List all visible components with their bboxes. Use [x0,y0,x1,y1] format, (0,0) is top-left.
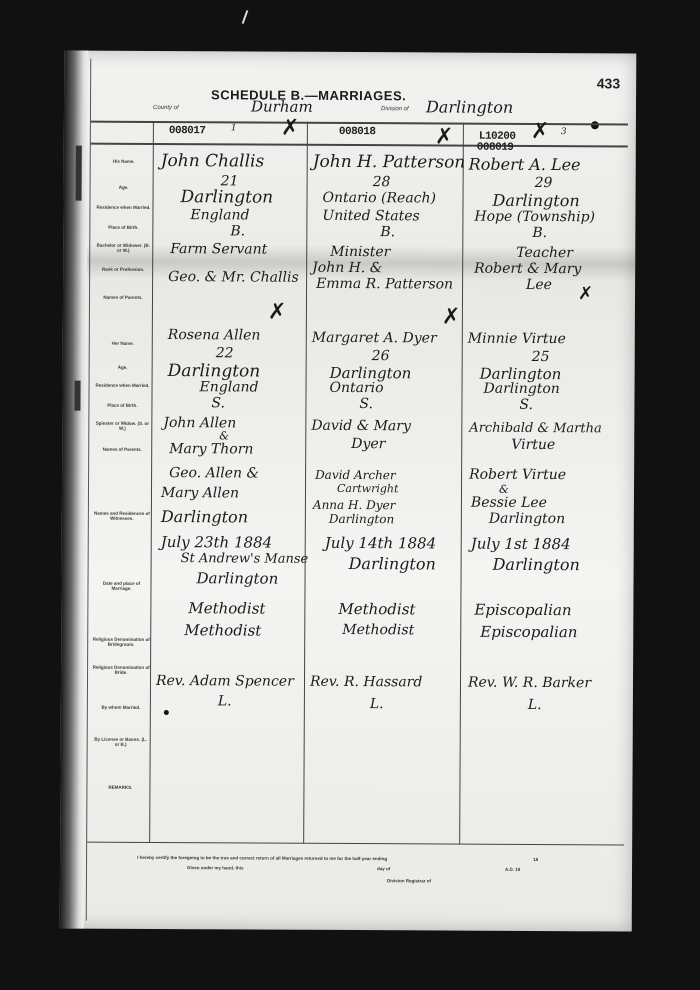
x-mark-icon: ✗ [268,300,287,325]
bride-birthplace: Darlington [483,381,559,397]
label-birthplace-bride: Place of Birth. [93,403,151,408]
label-parents-bride: Names of Parents. [93,447,151,452]
binding-stamp [74,381,80,411]
label-remarks: REMARKS. [91,785,149,790]
marriage-place: Darlington [349,554,436,573]
page-binding [60,51,89,929]
register-grid: 008017 1 ✗ 008018 ✗ L10200 008019 ✗ 3 Hi… [87,121,628,846]
groom-age: 28 [373,174,391,190]
bride-name: Margaret A. Dyer [312,330,437,347]
officiant: Rev. R. Hassard [310,674,422,691]
license-type: L. [218,693,232,709]
groom-residence: Darlington [180,187,273,207]
marriage-place-2: Darlington [196,569,278,587]
groom-residence: Darlington [492,191,579,210]
ink-dot [164,710,169,715]
groom-parents: Geo. & Mr. Challis [168,269,299,286]
county-value: Durham [251,97,313,115]
witness-2: Mary Allen [161,485,239,501]
witness-2: Bessie Lee [471,495,547,511]
groom-parents-1: John H. & [312,260,382,276]
groom-birthplace: England [190,207,249,223]
witness-3: Anna H. Dyer [313,498,396,512]
groom-status: B. [532,225,547,241]
col-divider-2 [459,123,464,845]
marriage-place: Darlington [493,555,580,574]
col-divider-1 [303,122,308,844]
x-mark-icon: ✗ [435,124,454,149]
groom-name: John Challis [161,151,265,172]
groom-name: Robert A. Lee [469,155,581,175]
witness-1: David Archer [315,468,396,482]
marriage-date: July 1st 1884 [471,535,571,554]
groom-profession: Farm Servant [170,241,267,258]
bride-age: 26 [372,348,390,364]
label-religion-bride: Religious Denomination of Bride. [92,665,150,675]
bride-status: S. [359,396,373,412]
label-status-bride: Spinster or Widow. (S. or W.) [93,421,151,431]
marriage-place-1: St Andrew's Manse [181,551,309,567]
page-number: 433 [597,75,620,91]
form-area: 433 SCHEDULE B.—MARRIAGES. County of Dur… [86,59,629,924]
marriage-date: July 23th 1884 [161,533,273,552]
bride-name: Rosena Allen [168,327,261,343]
groom-parents-1: Robert & Mary [474,261,581,278]
religion-groom: Methodist [338,600,415,618]
bride-parents-2: Dyer [351,436,385,452]
label-her-name: Her Name. [94,341,152,346]
license-type: L. [370,696,384,712]
certification-footer: I hereby certify the foregoing to be the… [87,842,624,924]
groom-profession: Minister [330,244,390,260]
witness-1: Robert Virtue [469,467,566,484]
groom-parents-2: Lee [526,277,552,293]
label-by-whom: By whom Married. [92,705,150,710]
witness-2: Cartwright [337,482,398,495]
religion-bride: Episcopalian [480,623,577,642]
label-residence-bride: Residence when Married. [94,383,152,388]
groom-age: 29 [535,175,553,191]
register-page: 433 SCHEDULE B.—MARRIAGES. County of Dur… [60,51,637,932]
reg-number-3: 008019 [477,142,514,154]
bride-name: Minnie Virtue [468,331,566,348]
label-status-groom: Bachelor or Widower. (B. or W.) [94,243,152,253]
officiant: Rev. W. R. Barker [468,675,591,692]
bride-status: S. [519,397,533,413]
marriage-date: July 14th 1884 [325,534,437,553]
groom-status: B. [380,224,395,240]
bride-parents-2: Virtue [511,437,555,453]
x-mark-icon: ✗ [281,116,300,141]
reg-number-2: 008018 [339,126,376,138]
given-under-text: Given under my hand, this [187,865,244,870]
label-witnesses: Names and Residences of Witnesses. [93,511,151,521]
groom-status: B. [230,223,245,239]
groom-profession: Teacher [516,245,573,261]
x-mark-icon: ✗ [531,119,550,144]
license-type: L. [528,697,542,713]
film-scratch [242,10,249,24]
religion-groom: Episcopalian [474,601,571,620]
bride-age: 22 [216,345,234,361]
registrar-text: Division Registrar of [387,878,431,883]
bride-parents-1: David & Mary [311,418,411,435]
entry-mark-1: 1 [231,123,237,133]
witness-1: Geo. Allen & [169,465,259,481]
groom-residence: Ontario (Reach) [322,190,436,207]
groom-birthplace: Hope (Township) [474,209,595,226]
label-date-place: Date and place of Marriage. [92,581,150,591]
county-label: County of [153,105,179,111]
religion-bride: Methodist [184,621,261,639]
bride-parents-1: Archibald & Martha [469,421,602,437]
label-residence-groom: Residence when Married. [94,205,152,210]
binding-stamp [76,146,82,201]
label-license: By License or Banns. (L. or B.) [92,737,150,747]
field-labels: His Name. Age. Residence when Married. P… [91,145,153,843]
entry-mark-3: 3 [561,127,567,137]
groom-parents-2: Emma R. Patterson [316,276,453,293]
label-religion-groom: Religious Denomination of Bridegroom. [92,637,150,647]
groom-name: John H. Patterson [313,152,466,173]
bride-birthplace: England [199,379,258,395]
bride-age: 25 [532,349,550,365]
division-label: Division of [381,106,409,112]
certification-text: I hereby certify the foregoing to be the… [137,855,387,861]
witness-3: Darlington [489,511,565,527]
year-suffix: 18 [533,857,538,862]
witness-3: Darlington [161,507,248,526]
ad-text: A.D. 18 [505,867,520,872]
bride-parents-2: Mary Thorn [169,441,253,457]
x-mark-icon: ✗ [442,304,461,329]
bride-status: S. [211,395,225,411]
reg-number-1: 008017 [169,125,206,137]
day-of-text: day of [377,866,390,871]
officiant: Rev. Adam Spencer [156,673,294,690]
label-age-bride: Age. [94,365,152,370]
label-birthplace-groom: Place of Birth. [94,225,152,230]
bride-birthplace: Ontario [329,380,383,396]
religion-groom: Methodist [188,599,265,617]
x-mark-icon: ✗ [578,283,593,304]
label-age-groom: Age. [95,185,153,190]
division-value: Darlington [426,97,513,116]
religion-bride: Methodist [342,622,414,638]
label-parents-groom: Names of Parents. [94,295,152,300]
witness-4: Darlington [329,512,394,526]
label-profession: Rank or Profession. [94,267,152,272]
label-his-name: His Name. [95,159,153,164]
groom-birthplace: United States [322,208,419,225]
